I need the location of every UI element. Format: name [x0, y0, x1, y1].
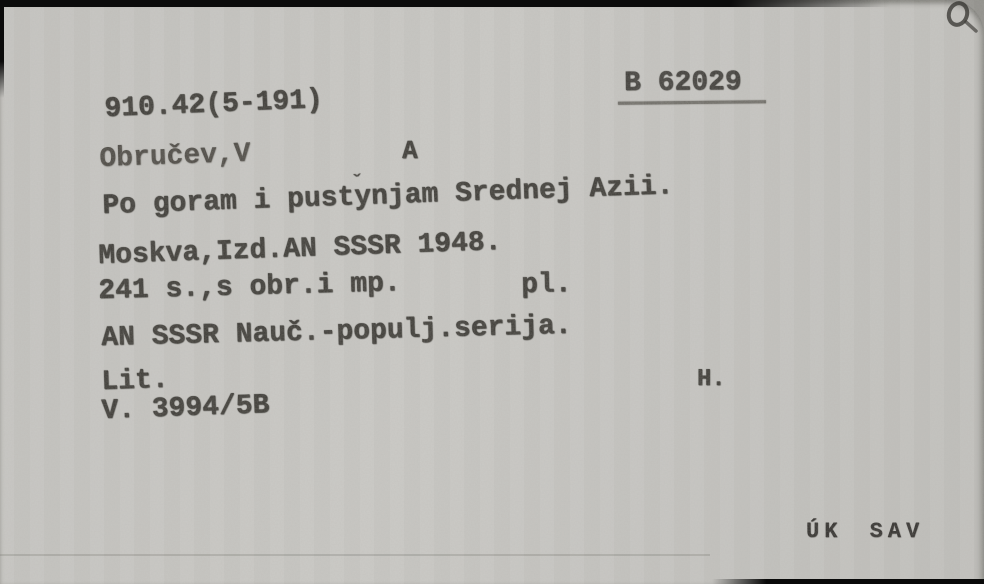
title-line: Po goram i pustynjam Srednej Azii.: [102, 173, 674, 221]
ink-blob-corner-mark: [936, 0, 984, 44]
shelfmark-line: V. 3994/5B: [101, 392, 270, 426]
call-number: 910.42(5-191): [104, 87, 323, 124]
library-stamp: ÚK SAV: [806, 521, 924, 543]
scan-edge-bottom-right: [712, 579, 984, 584]
scan-edge-top: [0, 0, 890, 7]
paper-crease-line: [0, 554, 710, 556]
accession-number: B 62029: [624, 69, 742, 98]
scan-background: { "colors": { "card_bg": "#c8c7c3", "ink…: [0, 0, 984, 584]
series-line: AN SSSR Nauč.-populj.serija.: [101, 313, 572, 353]
collation-line: 241 s.,s obr.i mp.: [98, 270, 401, 306]
scan-edge-left: [0, 6, 4, 98]
catalog-card: B 62029 910.42(5-191) Obručev,V A Po gor…: [0, 0, 984, 584]
annotation-letter: H.: [697, 368, 726, 392]
accession-underline: [618, 100, 766, 105]
author-line: Obručev,V: [99, 141, 251, 174]
cutter-letter: A: [402, 138, 418, 164]
binding-note: pl.: [521, 271, 572, 300]
handwritten-accent-mark: ˇ: [351, 171, 365, 195]
note-line: Lit.: [101, 367, 169, 397]
imprint-line: Moskva,Izd.AN SSSR 1948.: [98, 229, 502, 271]
